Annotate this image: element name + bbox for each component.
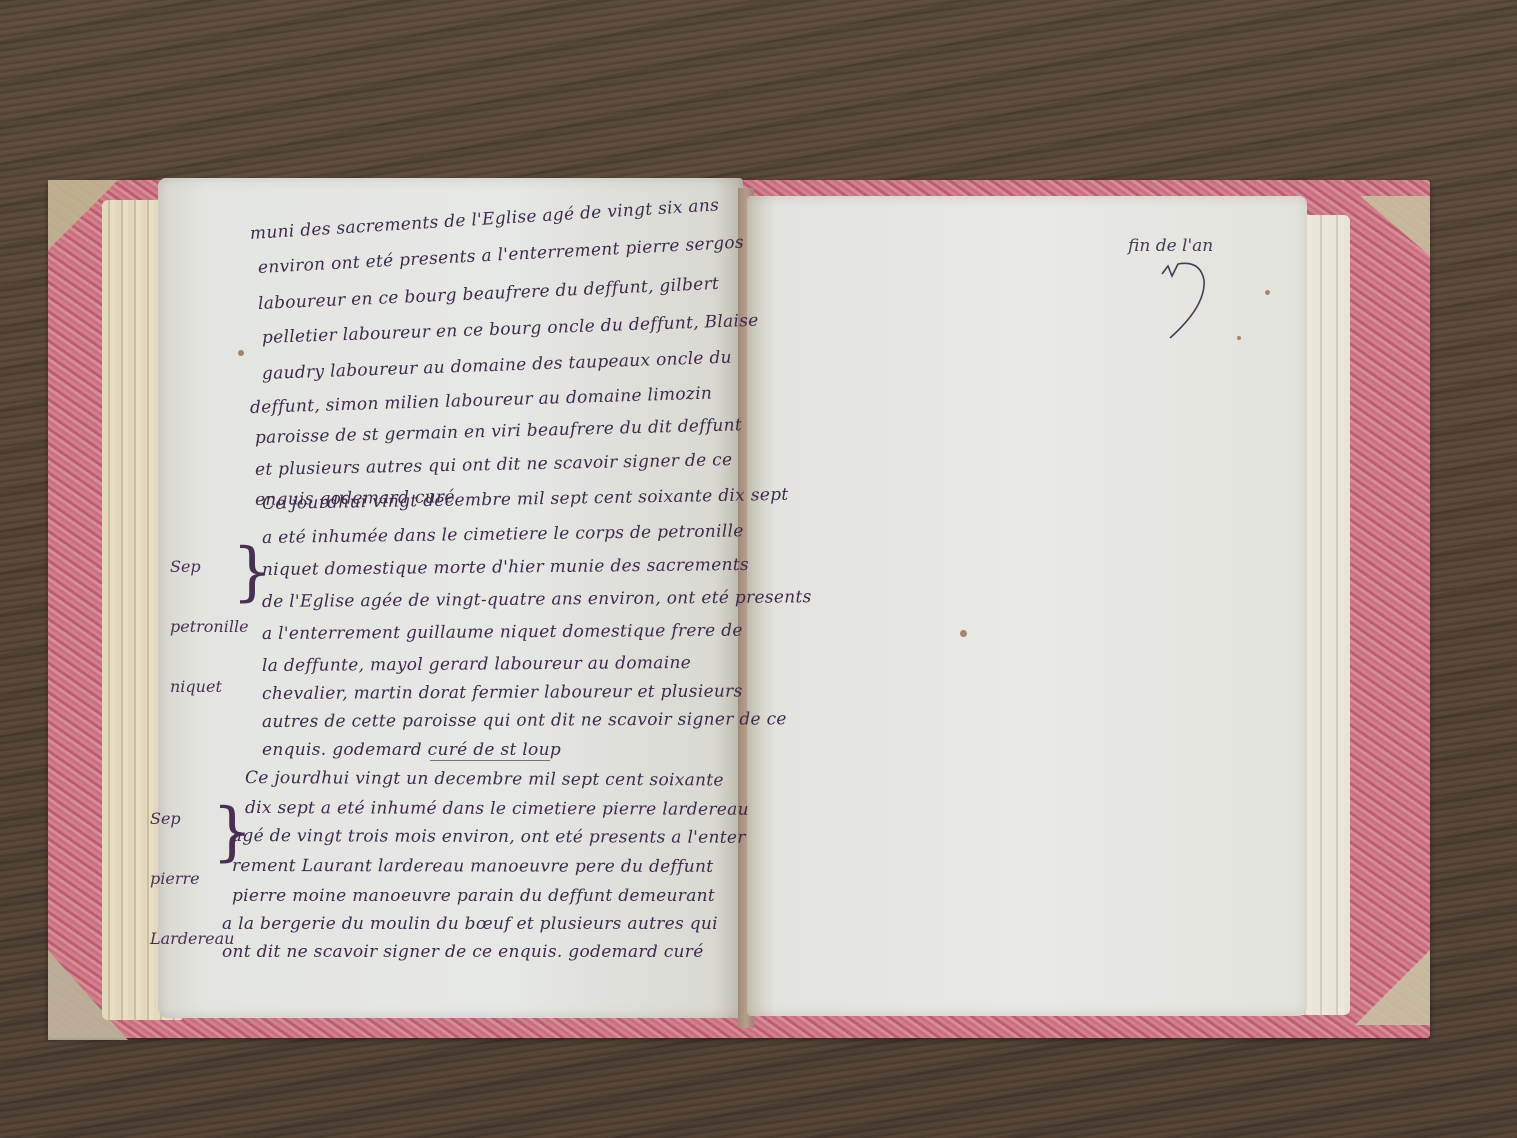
text-line: autres de cette paroisse qui ont dit ne … [262,709,787,732]
foxing-stain [238,350,244,356]
foxing-stain [1237,336,1241,340]
text-line: pierre moine manoeuvre parain du deffunt… [232,886,715,906]
text-line: chevalier, martin dorat fermier laboureu… [262,681,743,704]
text-line: rement Laurant lardereau manoeuvre pere … [232,856,713,877]
foxing-stain [1265,290,1270,295]
text-line: agé de vingt trois mois environ, ont eté… [232,826,746,848]
margin-note-surname: niquet [170,672,249,702]
signature-line: ont dit ne scavoir signer de ce enquis. … [222,942,704,962]
text-line: a la bergerie du moulin du bœuf et plusi… [222,914,718,934]
text-line: Ce jourdhui vingt un decembre mil sept c… [245,768,724,791]
text-line: la deffunte, mayol gerard laboureur au d… [262,653,691,676]
foxing-stain [960,630,967,637]
margin-note-firstname: petronille [170,612,249,642]
signature-underline [430,760,550,761]
flourish-mark-icon [1160,262,1220,342]
right-page [747,196,1307,1016]
signature-line: enquis. godemard curé de st loup [262,740,561,760]
text-line: a l'enterrement guillaume niquet domesti… [262,621,743,644]
text-line: dix sept a eté inhumé dans le cimetiere … [245,798,749,820]
right-page-note: fin de l'an [1128,236,1213,256]
